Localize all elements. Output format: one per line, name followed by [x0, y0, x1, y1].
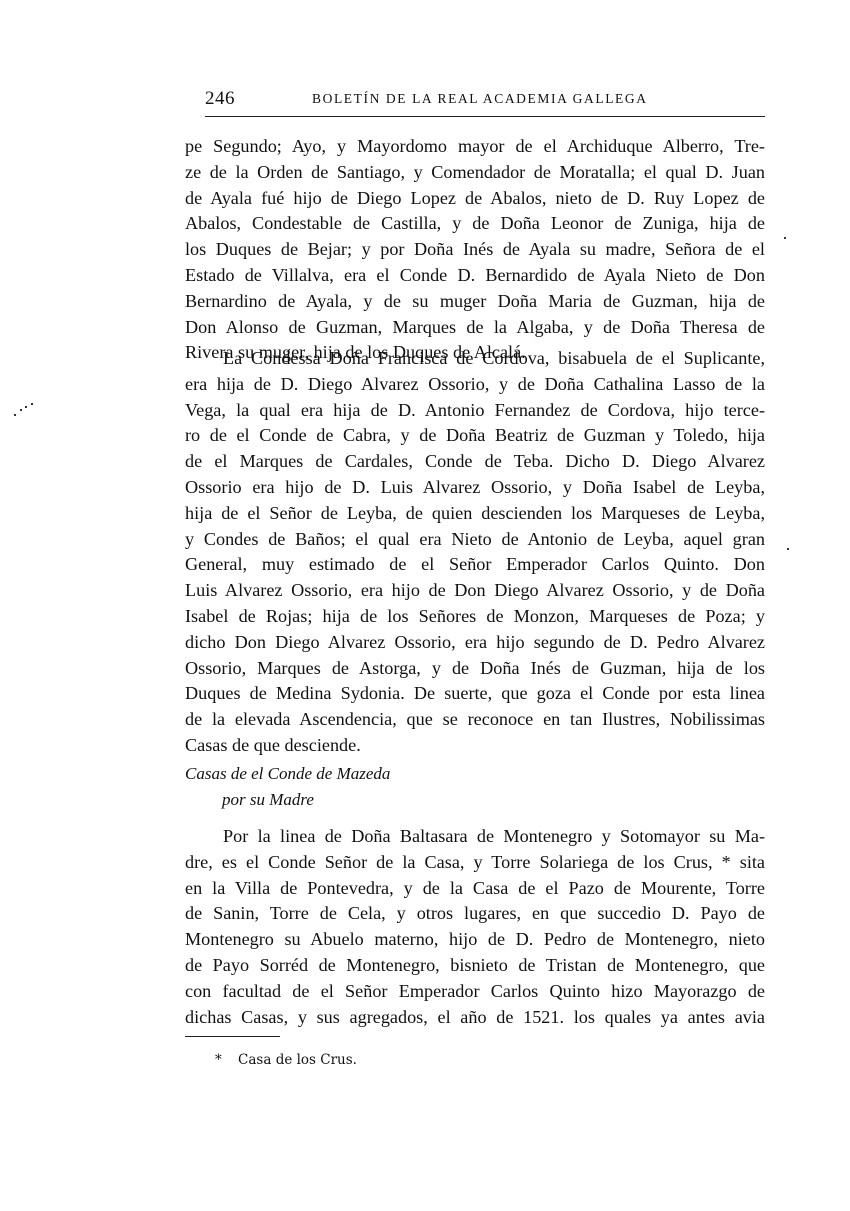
text-line: de Ayala fué hijo de Diego Lopez de Abal…: [185, 186, 765, 212]
scan-speck: [784, 237, 786, 239]
text-line: Casas de que desciende.: [185, 733, 765, 759]
scan-speck: [787, 548, 789, 550]
text-line: Don Alonso de Guzman, Marques de la Alga…: [185, 315, 765, 341]
text-line: y Condes de Baños; el qual era Nieto de …: [185, 527, 765, 553]
text-line: con facultad de el Señor Emperador Carlo…: [185, 979, 765, 1005]
footnote: * Casa de los Crus.: [215, 1052, 357, 1068]
text-line: ro de el Conde de Cabra, y de Doña Beatr…: [185, 423, 765, 449]
text-line: dichas Casas, y sus agregados, el año de…: [185, 1005, 765, 1031]
text-line: Abalos, Condestable de Castilla, y de Do…: [185, 211, 765, 237]
text-line: Luis Alvarez Ossorio, era hijo de Don Di…: [185, 578, 765, 604]
text-line: en la Villa de Pontevedra, y de la Casa …: [185, 876, 765, 902]
text-line: dicho Don Diego Alvarez Ossorio, era hij…: [185, 630, 765, 656]
text-line: de Payo Sorréd de Montenegro, bisnieto d…: [185, 953, 765, 979]
text-line: Duques de Medina Sydonia. De suerte, que…: [185, 681, 765, 707]
paragraph-3: Por la linea de Doña Baltasara de Monten…: [185, 824, 765, 1030]
text-line: los Duques de Bejar; y por Doña Inés de …: [185, 237, 765, 263]
document-page: 246 BOLETÍN DE LA REAL ACADEMIA GALLEGA …: [0, 0, 850, 1211]
text-line: Montenegro su Abuelo materno, hijo de D.…: [185, 927, 765, 953]
scan-speck: [14, 414, 16, 416]
page-number: 246: [205, 88, 235, 110]
text-line: era hija de D. Diego Alvarez Ossorio, y …: [185, 372, 765, 398]
paragraph-2: La Condessa Doña Francisca de Cordova, b…: [185, 346, 765, 759]
text-line: de el Marques de Cardales, Conde de Teba…: [185, 449, 765, 475]
text-line: Isabel de Rojas; hija de los Señores de …: [185, 604, 765, 630]
scan-speck: [25, 406, 27, 408]
text-line: Por la linea de Doña Baltasara de Monten…: [185, 824, 765, 850]
text-line: dre, es el Conde Señor de la Casa, y Tor…: [185, 850, 765, 876]
footnote-text: Casa de los Crus.: [238, 1052, 357, 1068]
text-line: Ossorio era hijo de D. Luis Alvarez Osso…: [185, 475, 765, 501]
text-line: Ossorio, Marques de Astorga, y de Doña I…: [185, 656, 765, 682]
text-line: pe Segundo; Ayo, y Mayordomo mayor de el…: [185, 134, 765, 160]
text-line: ze de la Orden de Santiago, y Comendador…: [185, 160, 765, 186]
running-title: BOLETÍN DE LA REAL ACADEMIA GALLEGA: [312, 91, 648, 107]
paragraph-1: pe Segundo; Ayo, y Mayordomo mayor de el…: [185, 134, 765, 366]
text-line: hija de el Señor de Leyba, de quien desc…: [185, 501, 765, 527]
text-line: General, muy estimado de el Señor Empera…: [185, 552, 765, 578]
footnote-mark: *: [215, 1052, 222, 1068]
text-line: de Sanin, Torre de Cela, y otros lugares…: [185, 901, 765, 927]
text-line: Vega, la qual era hija de D. Antonio Fer…: [185, 398, 765, 424]
text-line: Estado de Villalva, era el Conde D. Bern…: [185, 263, 765, 289]
scan-speck: [31, 403, 33, 405]
section-heading-line-1: Casas de el Conde de Mazeda: [185, 764, 390, 784]
section-heading-line-2: por su Madre: [222, 790, 314, 810]
text-line: de la elevada Ascendencia, que se recono…: [185, 707, 765, 733]
header-rule: [205, 116, 765, 117]
text-line: La Condessa Doña Francisca de Cordova, b…: [185, 346, 765, 372]
footnote-rule: [185, 1036, 280, 1037]
page-header: 246 BOLETÍN DE LA REAL ACADEMIA GALLEGA: [205, 88, 765, 112]
scan-speck: [20, 409, 22, 411]
text-line: Bernardino de Ayala, y de su muger Doña …: [185, 289, 765, 315]
